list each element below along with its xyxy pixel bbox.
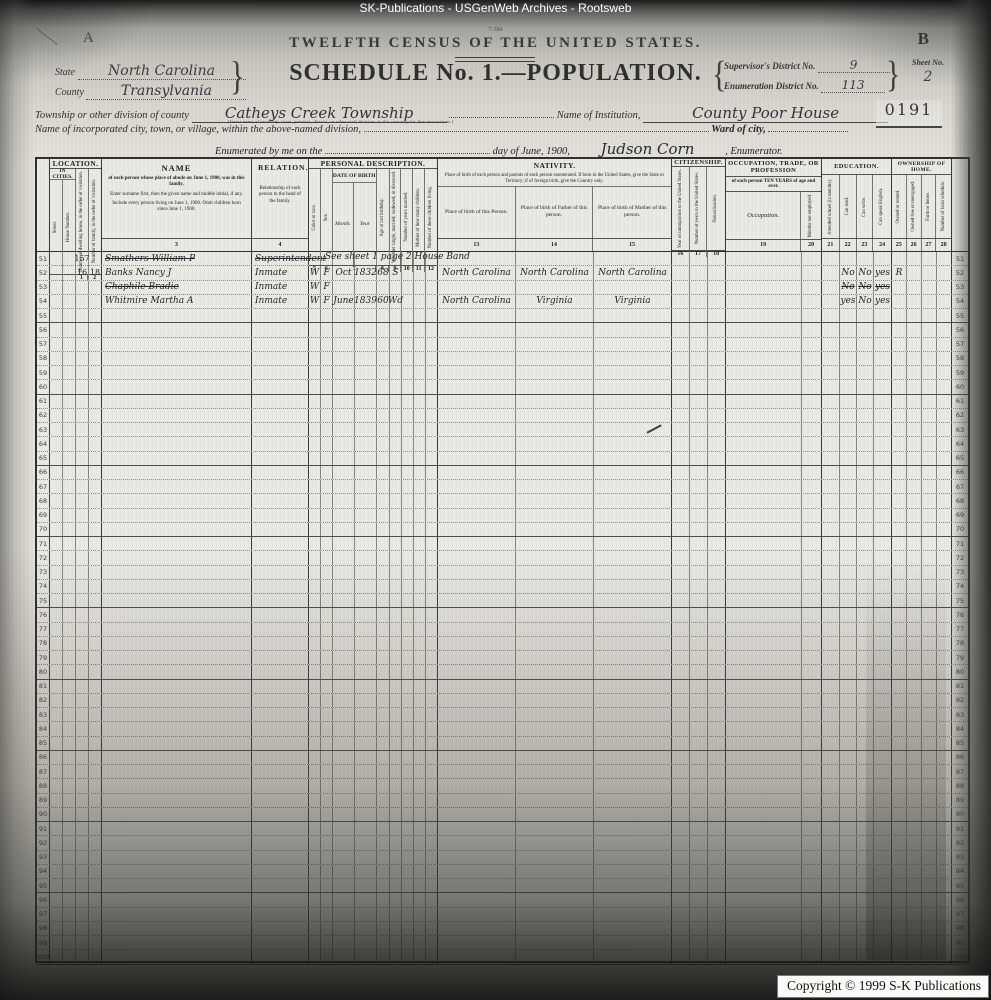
cell-birth-mother xyxy=(594,950,672,963)
cell-rn2: 64 xyxy=(952,437,968,450)
cell-birth-mother xyxy=(594,566,672,579)
cell-can-read xyxy=(840,437,857,450)
cell-month xyxy=(333,851,355,864)
cell-name xyxy=(102,708,252,721)
occupation-title: OCCUPATION, TRADE, OR PROFESSION xyxy=(726,159,821,176)
cell-month xyxy=(333,537,355,550)
cell-house xyxy=(63,694,76,707)
cell-can-read xyxy=(840,765,857,778)
cell-year xyxy=(355,893,377,906)
cell-farmh xyxy=(922,794,937,807)
cell-age xyxy=(377,623,390,636)
cell-marital xyxy=(390,680,402,693)
cell-birth-mother xyxy=(594,509,672,522)
cell-living xyxy=(426,366,438,379)
cell-free xyxy=(907,737,922,750)
cell-can-read xyxy=(840,808,857,821)
cell-can-speak xyxy=(874,608,892,621)
cell-immig xyxy=(672,409,690,422)
cell-yrsm xyxy=(402,281,414,294)
col-header-house-number: House Number. xyxy=(66,210,72,244)
cell-fsched xyxy=(937,352,952,365)
cell-can-write xyxy=(857,252,874,265)
cell-relation: Inmate xyxy=(252,266,309,279)
cell-street xyxy=(50,466,63,479)
cell-yrsus xyxy=(690,779,708,792)
cell-yrsus xyxy=(690,395,708,408)
table-row: 6363 xyxy=(37,423,968,437)
cell-sex xyxy=(321,352,333,365)
cell-color xyxy=(309,779,321,792)
cell-marital xyxy=(390,851,402,864)
cell-can-speak xyxy=(874,466,892,479)
cell-living xyxy=(426,950,438,963)
cell-rn2: 57 xyxy=(952,338,968,351)
cell-relation xyxy=(252,537,309,550)
cell-color xyxy=(309,722,321,735)
cell-color xyxy=(309,851,321,864)
cell-owned xyxy=(892,423,907,436)
cell-rn: 56 xyxy=(37,323,50,336)
cell-school xyxy=(822,395,840,408)
cell-owned xyxy=(892,694,907,707)
cell-dwelling xyxy=(76,366,89,379)
cell-owned xyxy=(892,722,907,735)
cell-can-write xyxy=(857,708,874,721)
cell-color xyxy=(309,665,321,678)
cell-birth-person xyxy=(438,380,516,393)
cell-birth-mother xyxy=(594,608,672,621)
cell-can-write xyxy=(857,779,874,792)
cell-mother xyxy=(414,594,426,607)
cell-street xyxy=(50,708,63,721)
cell-mother xyxy=(414,623,426,636)
cell-dwelling xyxy=(76,494,89,507)
cell-natz xyxy=(708,352,726,365)
cell-free xyxy=(907,722,922,735)
cell-school xyxy=(822,509,840,522)
cell-sex xyxy=(321,480,333,493)
cell-free xyxy=(907,936,922,949)
cell-free xyxy=(907,366,922,379)
cell-month xyxy=(333,665,355,678)
cell-natz xyxy=(708,423,726,436)
cell-marital xyxy=(390,352,402,365)
state-value: North Carolina xyxy=(108,63,215,79)
cell-can-speak xyxy=(874,509,892,522)
table-row: 9595 xyxy=(37,879,968,893)
cell-yrsm xyxy=(402,836,414,849)
cell-farmh xyxy=(922,722,937,735)
cell-yrsm xyxy=(402,352,414,365)
cell-can-write: No xyxy=(857,295,874,308)
cell-mother xyxy=(414,936,426,949)
cell-free xyxy=(907,637,922,650)
cell-family xyxy=(89,452,102,465)
cell-color xyxy=(309,338,321,351)
cell-birth-father xyxy=(516,708,594,721)
cell-can-write xyxy=(857,452,874,465)
cell-sex xyxy=(321,922,333,935)
cell-living xyxy=(426,694,438,707)
cell-mother xyxy=(414,466,426,479)
cell-name xyxy=(102,694,252,707)
cell-birth-person xyxy=(438,851,516,864)
cell-family xyxy=(89,409,102,422)
cell-dwelling xyxy=(76,794,89,807)
cell-yrsus xyxy=(690,751,708,764)
cell-living xyxy=(426,651,438,664)
cell-immig xyxy=(672,523,690,536)
cell-fsched xyxy=(937,623,952,636)
cell-living xyxy=(426,323,438,336)
cell-school xyxy=(822,822,840,835)
cell-school xyxy=(822,893,840,906)
nativity-title: NATIVITY. xyxy=(438,159,671,172)
cell-can-write xyxy=(857,637,874,650)
cell-living xyxy=(426,295,438,308)
cell-occupation xyxy=(726,651,802,664)
cell-relation xyxy=(252,494,309,507)
cell-birth-father xyxy=(516,822,594,835)
cell-rn2: 69 xyxy=(952,509,968,522)
cell-natz xyxy=(708,380,726,393)
cell-birth-mother xyxy=(594,694,672,707)
table-row: 7777 xyxy=(37,623,968,637)
cell-can-write xyxy=(857,566,874,579)
cell-yrsus xyxy=(690,765,708,778)
cell-color xyxy=(309,608,321,621)
cell-year xyxy=(355,523,377,536)
cell-can-read xyxy=(840,323,857,336)
cell-month xyxy=(333,323,355,336)
cell-mother xyxy=(414,950,426,963)
cell-dwelling xyxy=(76,751,89,764)
cell-school xyxy=(822,751,840,764)
cell-can-read xyxy=(840,950,857,963)
cell-rn2: 65 xyxy=(952,452,968,465)
cell-rn: 81 xyxy=(37,680,50,693)
cell-age xyxy=(377,865,390,878)
cell-month xyxy=(333,936,355,949)
cell-sex xyxy=(321,580,333,593)
cell-fsched xyxy=(937,437,952,450)
cell-marital xyxy=(390,936,402,949)
cell-birth-mother xyxy=(594,708,672,721)
cell-yrsm xyxy=(402,623,414,636)
cell-yrsus xyxy=(690,266,708,279)
cell-months-ne xyxy=(802,480,822,493)
cell-sex xyxy=(321,594,333,607)
cell-months-ne xyxy=(802,751,822,764)
cell-can-speak xyxy=(874,822,892,835)
cell-birth-mother xyxy=(594,751,672,764)
cell-can-write xyxy=(857,751,874,764)
cell-months-ne xyxy=(802,580,822,593)
cell-rn: 90 xyxy=(37,808,50,821)
cell-birth-father xyxy=(516,779,594,792)
cell-birth-person xyxy=(438,794,516,807)
cell-mother xyxy=(414,295,426,308)
cell-occupation xyxy=(726,395,802,408)
cell-name xyxy=(102,722,252,735)
cell-free xyxy=(907,794,922,807)
cell-year xyxy=(355,480,377,493)
cell-living xyxy=(426,352,438,365)
cell-can-speak xyxy=(874,437,892,450)
cell-sex xyxy=(321,566,333,579)
cell-color xyxy=(309,836,321,849)
cell-owned xyxy=(892,409,907,422)
cell-can-write xyxy=(857,352,874,365)
cell-rn2: 70 xyxy=(952,523,968,536)
cell-birth-father xyxy=(516,879,594,892)
cell-free xyxy=(907,380,922,393)
cell-birth-person xyxy=(438,580,516,593)
cell-color xyxy=(309,366,321,379)
cell-sex xyxy=(321,380,333,393)
cell-marital xyxy=(390,466,402,479)
cell-can-speak xyxy=(874,338,892,351)
cell-owned xyxy=(892,680,907,693)
cell-age xyxy=(377,922,390,935)
table-row: 7575 xyxy=(37,594,968,608)
cell-street xyxy=(50,608,63,621)
cell-street xyxy=(50,893,63,906)
cell-occupation xyxy=(726,338,802,351)
table-row: 9393 xyxy=(37,851,968,865)
cell-street xyxy=(50,865,63,878)
cell-year xyxy=(355,665,377,678)
cell-year xyxy=(355,323,377,336)
cell-can-write xyxy=(857,808,874,821)
cell-sex xyxy=(321,851,333,864)
cell-birth-father xyxy=(516,936,594,949)
cell-dwelling xyxy=(76,737,89,750)
cell-birth-father xyxy=(516,338,594,351)
table-row: 6464 xyxy=(37,437,968,451)
cell-marital xyxy=(390,366,402,379)
cell-can-read xyxy=(840,751,857,764)
cell-owned xyxy=(892,338,907,351)
table-row: 5656 xyxy=(37,323,968,337)
stamp-number: 0191 xyxy=(876,100,942,128)
cell-free xyxy=(907,551,922,564)
cell-occupation xyxy=(726,836,802,849)
personal-title: PERSONAL DESCRIPTION. xyxy=(309,159,437,169)
cell-farmh xyxy=(922,779,937,792)
sheet-value: 2 xyxy=(898,69,958,85)
col-header-years-in-us: Number of years in the United States. xyxy=(695,170,701,246)
cell-can-read xyxy=(840,651,857,664)
cell-year xyxy=(355,694,377,707)
cell-can-read xyxy=(840,893,857,906)
cell-months-ne xyxy=(802,409,822,422)
cell-sex xyxy=(321,523,333,536)
cell-mother xyxy=(414,452,426,465)
cell-farmh xyxy=(922,466,937,479)
cell-year xyxy=(355,779,377,792)
cell-dwelling xyxy=(76,594,89,607)
cell-free xyxy=(907,480,922,493)
cell-yrsus xyxy=(690,608,708,621)
cell-birth-mother xyxy=(594,323,672,336)
cell-occupation xyxy=(726,908,802,921)
col-number-14: 14 xyxy=(516,239,594,251)
cell-can-read xyxy=(840,722,857,735)
cell-owned xyxy=(892,395,907,408)
cell-month: Oct xyxy=(333,266,355,279)
cell-rn: 61 xyxy=(37,395,50,408)
cell-dwelling xyxy=(76,879,89,892)
cell-sex xyxy=(321,694,333,707)
cell-immig xyxy=(672,623,690,636)
cell-relation xyxy=(252,323,309,336)
cell-age xyxy=(377,566,390,579)
cell-street xyxy=(50,452,63,465)
cell-free xyxy=(907,908,922,921)
cell-color xyxy=(309,395,321,408)
cell-owned xyxy=(892,594,907,607)
cell-birth-person xyxy=(438,637,516,650)
cell-immig xyxy=(672,566,690,579)
cell-marital xyxy=(390,608,402,621)
cell-can-speak xyxy=(874,409,892,422)
cell-rn2: 71 xyxy=(952,537,968,550)
cell-rn2: 56 xyxy=(952,323,968,336)
cell-name xyxy=(102,922,252,935)
cell-can-read xyxy=(840,637,857,650)
cell-mother xyxy=(414,665,426,678)
cell-farmh xyxy=(922,608,937,621)
cell-farmh xyxy=(922,737,937,750)
cell-natz xyxy=(708,936,726,949)
cell-age xyxy=(377,737,390,750)
cell-family xyxy=(89,751,102,764)
cell-birth-mother xyxy=(594,395,672,408)
cell-year xyxy=(355,794,377,807)
cell-family xyxy=(89,922,102,935)
cell-relation xyxy=(252,808,309,821)
cell-yrsus xyxy=(690,808,708,821)
cell-dwelling xyxy=(76,608,89,621)
cell-year xyxy=(355,865,377,878)
cell-dwelling xyxy=(76,936,89,949)
cell-birth-mother: North Carolina xyxy=(594,266,672,279)
cell-birth-person xyxy=(438,765,516,778)
cell-family xyxy=(89,295,102,308)
cell-owned xyxy=(892,466,907,479)
cell-sex xyxy=(321,309,333,322)
cell-dwelling xyxy=(76,922,89,935)
cell-age xyxy=(377,779,390,792)
cell-living xyxy=(426,437,438,450)
cell-fsched xyxy=(937,893,952,906)
cell-natz xyxy=(708,309,726,322)
cell-birth-father xyxy=(516,893,594,906)
cell-living xyxy=(426,608,438,621)
cell-months-ne xyxy=(802,694,822,707)
cell-rn2: 85 xyxy=(952,737,968,750)
cell-natz xyxy=(708,252,726,265)
cell-yrsm xyxy=(402,879,414,892)
cell-yrsm xyxy=(402,466,414,479)
col-header-can-read: Can read. xyxy=(845,195,851,217)
cell-family xyxy=(89,665,102,678)
cell-name xyxy=(102,908,252,921)
cell-can-read xyxy=(840,466,857,479)
table-row: 5858 xyxy=(37,352,968,366)
census-table-header: LOCATION. IN CITIES. Street. House Numbe… xyxy=(37,159,968,252)
cell-birth-father xyxy=(516,865,594,878)
cell-free xyxy=(907,338,922,351)
cell-year xyxy=(355,452,377,465)
cell-birth-father xyxy=(516,551,594,564)
cell-mother xyxy=(414,266,426,279)
institution-label: Name of Institution, xyxy=(557,110,641,121)
cell-can-write xyxy=(857,437,874,450)
cell-living xyxy=(426,865,438,878)
cell-school xyxy=(822,437,840,450)
cell-free xyxy=(907,395,922,408)
cell-mother xyxy=(414,751,426,764)
cell-natz xyxy=(708,281,726,294)
cell-fsched xyxy=(937,480,952,493)
cell-yrsus xyxy=(690,452,708,465)
cell-street xyxy=(50,252,63,265)
cell-can-write xyxy=(857,551,874,564)
cell-relation xyxy=(252,395,309,408)
cell-age xyxy=(377,851,390,864)
cell-natz xyxy=(708,409,726,422)
cell-fsched xyxy=(937,936,952,949)
cell-owned xyxy=(892,366,907,379)
cell-birth-person xyxy=(438,537,516,550)
cell-school xyxy=(822,922,840,935)
cell-can-write xyxy=(857,380,874,393)
cell-color xyxy=(309,879,321,892)
cell-can-write xyxy=(857,651,874,664)
cell-marital xyxy=(390,309,402,322)
cell-occupation xyxy=(726,252,802,265)
cell-name: Smathers William P xyxy=(102,252,252,265)
cell-rn: 64 xyxy=(37,437,50,450)
cell-birth-mother xyxy=(594,380,672,393)
cell-farmh xyxy=(922,580,937,593)
cell-school xyxy=(822,608,840,621)
cell-can-write xyxy=(857,922,874,935)
cell-fsched xyxy=(937,708,952,721)
cell-occupation xyxy=(726,423,802,436)
cell-school xyxy=(822,494,840,507)
cell-dwelling xyxy=(76,651,89,664)
col-number-21: 21 xyxy=(822,239,840,251)
col-header-mother-children: Mother of how many children. xyxy=(416,186,422,249)
cell-name xyxy=(102,566,252,579)
cell-relation xyxy=(252,366,309,379)
cell-name xyxy=(102,608,252,621)
cell-yrsm xyxy=(402,551,414,564)
cell-street xyxy=(50,879,63,892)
cell-can-read xyxy=(840,366,857,379)
cell-street xyxy=(50,437,63,450)
cell-mother xyxy=(414,395,426,408)
cell-marital xyxy=(390,452,402,465)
cell-house xyxy=(63,338,76,351)
cell-name xyxy=(102,779,252,792)
cell-natz xyxy=(708,680,726,693)
cell-relation xyxy=(252,865,309,878)
